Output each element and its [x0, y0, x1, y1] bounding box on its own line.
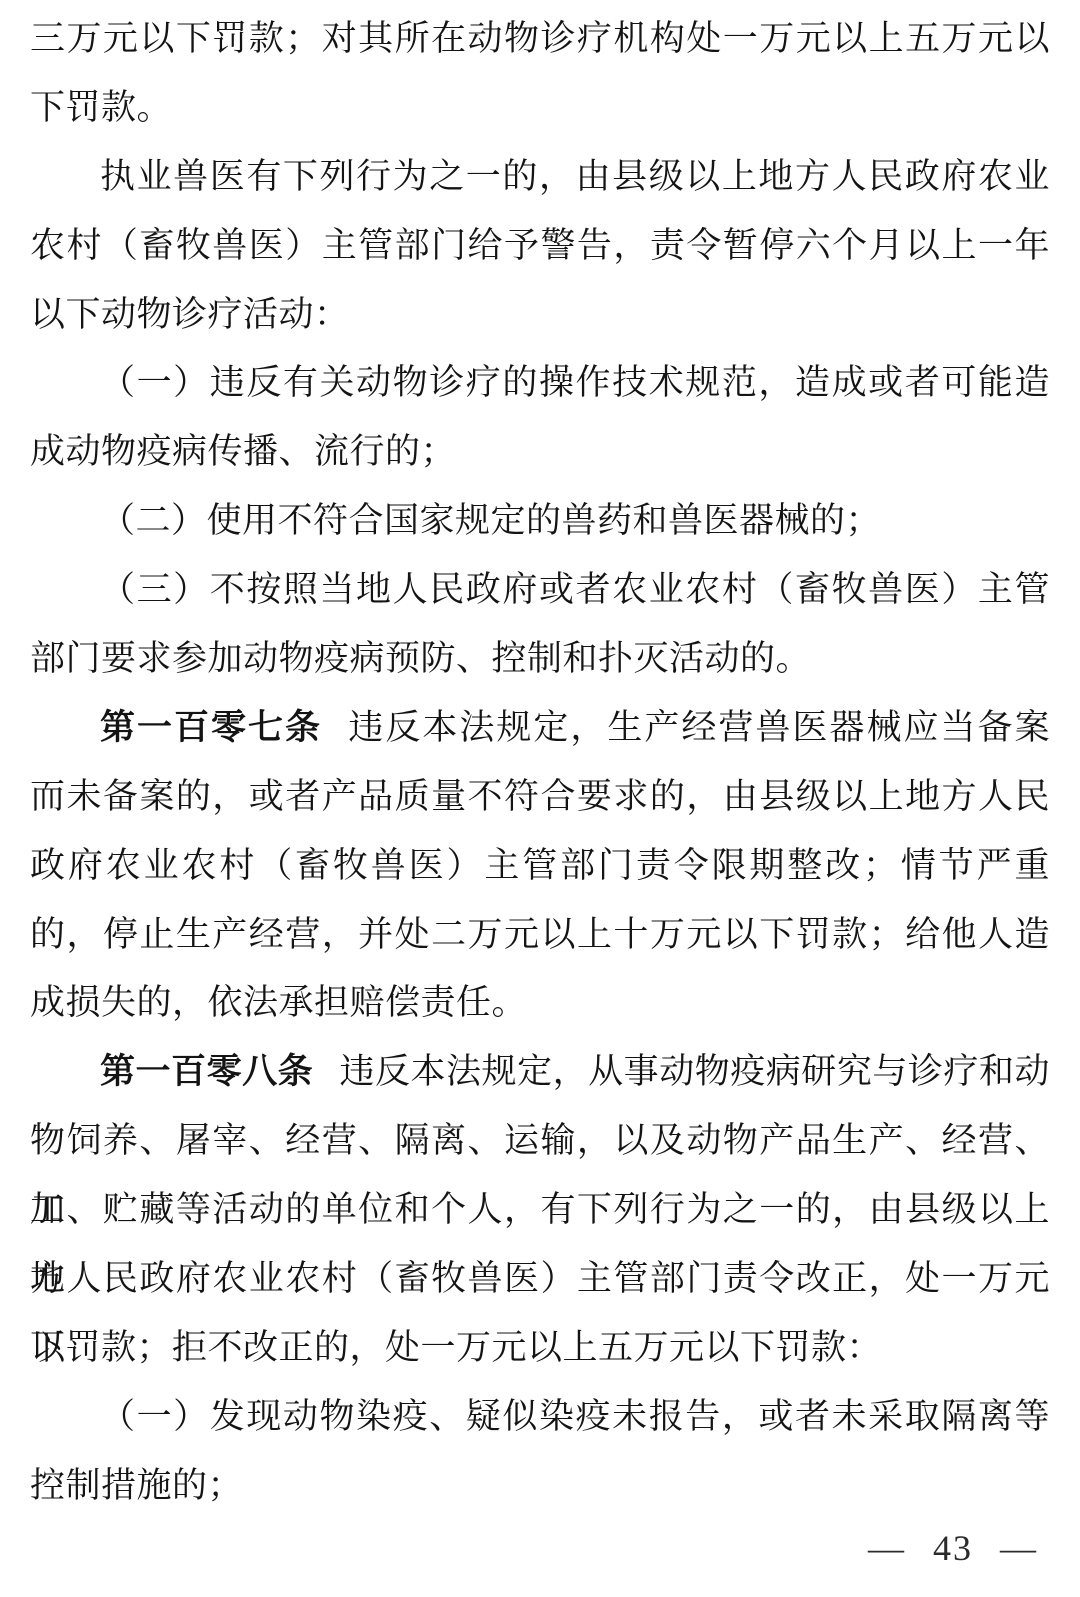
line-text: 政府农业农村（畜牧兽医）主管部门责令限期整改；情节严重	[30, 846, 1050, 885]
list-item-1-line: 控制措施的；	[30, 1452, 1050, 1521]
line-text: 成损失的，依法承担赔偿责任。	[30, 983, 527, 1022]
list-item-1-line: 成动物疫病传播、流行的；	[30, 418, 1050, 487]
line-text: 以下动物诊疗活动：	[30, 295, 350, 334]
article-108-line: 物饲养、屠宰、经营、隔离、运输，以及动物产品生产、经营、加	[30, 1107, 1050, 1176]
line-text: （三）不按照当地人民政府或者农业农村（畜牧兽医）主管	[100, 570, 1050, 609]
list-item-2-line: （二）使用不符合国家规定的兽药和兽医器械的；	[30, 487, 1050, 556]
article-108-line: 方人民政府农业农村（畜牧兽医）主管部门责令改正，处一万元以	[30, 1245, 1050, 1314]
article-107-line: 的，停止生产经营，并处二万元以上十万元以下罚款；给他人造	[30, 901, 1050, 970]
line-text: 下罚款。	[30, 88, 172, 127]
article-108-line: 工、贮藏等活动的单位和个人，有下列行为之一的，由县级以上地	[30, 1176, 1050, 1245]
article-107-number: 第一百零七条	[100, 708, 322, 747]
line-text: 成动物疫病传播、流行的；	[30, 432, 456, 471]
text-line: 三万元以下罚款；对其所在动物诊疗机构处一万元以上五万元以	[30, 5, 1050, 74]
article-108-line: 下罚款；拒不改正的，处一万元以上五万元以下罚款：	[30, 1314, 1050, 1383]
line-text: （一）发现动物染疫、疑似染疫未报告，或者未采取隔离等	[100, 1397, 1050, 1436]
line-text: 而未备案的，或者产品质量不符合要求的，由县级以上地方人民	[30, 777, 1050, 816]
line-text: 违反本法规定，从事动物疫病研究与诊疗和动	[339, 1052, 1050, 1091]
article-107-line: 政府农业农村（畜牧兽医）主管部门责令限期整改；情节严重	[30, 832, 1050, 901]
article-107-line: 第一百零七条违反本法规定，生产经营兽医器械应当备案	[30, 694, 1050, 763]
line-text: 农村（畜牧兽医）主管部门给予警告，责令暂停六个月以上一年	[30, 226, 1050, 265]
line-text: 违反本法规定，生产经营兽医器械应当备案	[348, 708, 1050, 747]
text-line: 农村（畜牧兽医）主管部门给予警告，责令暂停六个月以上一年	[30, 212, 1050, 281]
document-page: 三万元以下罚款；对其所在动物诊疗机构处一万元以上五万元以 下罚款。 执业兽医有下…	[0, 0, 1080, 1597]
text-line: 下罚款。	[30, 74, 1050, 143]
line-text: （一）违反有关动物诊疗的操作技术规范，造成或者可能造	[100, 363, 1050, 402]
article-107-line: 成损失的，依法承担赔偿责任。	[30, 969, 1050, 1038]
line-text: 下罚款；拒不改正的，处一万元以上五万元以下罚款：	[30, 1328, 882, 1367]
article-108-number: 第一百零八条	[100, 1052, 313, 1091]
body-text: 三万元以下罚款；对其所在动物诊疗机构处一万元以上五万元以 下罚款。 执业兽医有下…	[30, 5, 1050, 1521]
line-text: 控制措施的；	[30, 1466, 243, 1505]
article-107-line: 而未备案的，或者产品质量不符合要求的，由县级以上地方人民	[30, 763, 1050, 832]
list-item-3-line: （三）不按照当地人民政府或者农业农村（畜牧兽医）主管	[30, 556, 1050, 625]
line-text: 三万元以下罚款；对其所在动物诊疗机构处一万元以上五万元以	[30, 19, 1050, 58]
line-text: （二）使用不符合国家规定的兽药和兽医器械的；	[100, 501, 881, 540]
article-108-line: 第一百零八条违反本法规定，从事动物疫病研究与诊疗和动	[30, 1038, 1050, 1107]
text-line: 以下动物诊疗活动：	[30, 281, 1050, 350]
line-text: 的，停止生产经营，并处二万元以上十万元以下罚款；给他人造	[30, 915, 1050, 954]
page-number: — 43 —	[868, 1528, 1038, 1568]
line-text: 部门要求参加动物疫病预防、控制和扑灭活动的。	[30, 639, 811, 678]
list-item-3-line: 部门要求参加动物疫病预防、控制和扑灭活动的。	[30, 625, 1050, 694]
list-item-1-line: （一）违反有关动物诊疗的操作技术规范，造成或者可能造	[30, 349, 1050, 418]
list-item-1-line: （一）发现动物染疫、疑似染疫未报告，或者未采取隔离等	[30, 1383, 1050, 1452]
text-line: 执业兽医有下列行为之一的，由县级以上地方人民政府农业	[30, 143, 1050, 212]
line-text: 执业兽医有下列行为之一的，由县级以上地方人民政府农业	[100, 157, 1050, 196]
